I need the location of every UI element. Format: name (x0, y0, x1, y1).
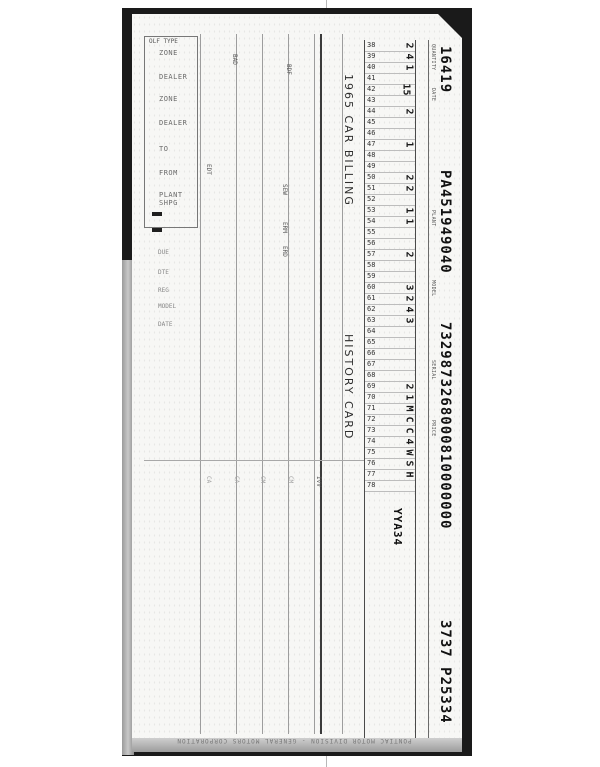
history-card: OLF TYPE ZONE DEALER ZONE DEALER TO FROM… (132, 14, 462, 752)
column-number: 49 (367, 162, 375, 170)
column-number: 44 (367, 107, 375, 115)
left-lower-label: DTE (158, 269, 169, 276)
left-label: TO (159, 145, 168, 153)
card-subtitle: HISTORY CARD (342, 334, 355, 440)
column-value: W (403, 449, 414, 455)
code-text: CA (205, 476, 212, 483)
column-number: 38 (367, 41, 375, 49)
column-number: 46 (367, 129, 375, 137)
code-text: CM (259, 476, 266, 483)
column-number: 48 (367, 151, 375, 159)
left-lower-label: MODEL (158, 303, 176, 310)
column-number: 68 (367, 371, 375, 379)
column-number: 65 (367, 338, 375, 346)
field-label: PLANT (430, 210, 436, 227)
column-number: 75 (367, 448, 375, 456)
column-value: 2 (403, 251, 414, 257)
column-number: 78 (367, 481, 375, 489)
column-number: 55 (367, 228, 375, 236)
column-value: 4 (403, 306, 414, 312)
grid-line-dark (320, 34, 322, 734)
code-text: ERM (281, 222, 288, 233)
column-value: H (403, 471, 414, 477)
code-text: CA (233, 476, 240, 483)
column-number: 73 (367, 426, 375, 434)
bottom-caption: PONTIAC MOTOR DIVISION - GENERAL MOTORS … (144, 737, 444, 744)
record-tail: 3737 P25334 (437, 620, 453, 724)
column-value: 4 (403, 53, 414, 59)
column-value: 2 (403, 42, 414, 48)
code-text: ERD (281, 246, 288, 257)
column-value: 2 (403, 295, 414, 301)
column-value: 1 (403, 394, 414, 400)
column-value: C (403, 427, 414, 433)
column-value: 3 (403, 284, 414, 290)
column-number: 56 (367, 239, 375, 247)
column-number: 53 (367, 206, 375, 214)
column-number: 42 (367, 85, 375, 93)
left-lower-label: DUE (158, 249, 169, 256)
code-text: BDF (285, 64, 292, 75)
lower-column-values: YYA34 (391, 508, 404, 546)
column-number: 40 (367, 63, 375, 71)
grid-line (200, 34, 201, 734)
record-continued: 7329873268000810000000 (437, 322, 453, 529)
column-number: 62 (367, 305, 375, 313)
column-value: 2 (403, 174, 414, 180)
left-label: ZONE (159, 49, 178, 57)
column-number: 77 (367, 470, 375, 478)
left-label: DEALER (159, 73, 187, 81)
column-value: 1 (403, 64, 414, 70)
column-number: 60 (367, 283, 375, 291)
code-text: IVV (315, 476, 322, 487)
column-number: 52 (367, 195, 375, 203)
record-number-strip: 16419 QUANTITY DATE PA451949040 PLANT MO… (428, 40, 459, 740)
column-value: 1 (403, 207, 414, 213)
column-number: 39 (367, 52, 375, 60)
column-number: 57 (367, 250, 375, 258)
column-number: 41 (367, 74, 375, 82)
code-text: EDT (205, 164, 212, 175)
column-number: 64 (367, 327, 375, 335)
column-value: 2 (403, 383, 414, 389)
grid-line (262, 34, 263, 734)
record-main: PA451949040 (437, 170, 453, 274)
column-value: 4 (403, 438, 414, 444)
left-label: DEALER (159, 119, 187, 127)
column-value: 15 (400, 83, 411, 95)
column-number: 76 (367, 459, 375, 467)
column-number: 61 (367, 294, 375, 302)
column-value: 2 (403, 185, 414, 191)
left-lower-label: REG (158, 287, 169, 294)
punch-mark (152, 228, 162, 232)
column-number: 69 (367, 382, 375, 390)
code-text: BAD (231, 54, 238, 65)
column-number: 74 (367, 437, 375, 445)
field-label: MODEL (430, 280, 436, 297)
left-lower-block: DUE DTE REG MODEL DATE (144, 229, 184, 559)
field-label: QUANTITY (430, 44, 436, 70)
code-text: SEW (281, 184, 288, 195)
column-number: 70 (367, 393, 375, 401)
column-number: 54 (367, 217, 375, 225)
column-number: 50 (367, 173, 375, 181)
left-lower-label: DATE (158, 321, 172, 328)
column-value: 1 (403, 218, 414, 224)
column-number: 63 (367, 316, 375, 324)
column-value: C (403, 416, 414, 422)
column-value: M (403, 405, 414, 411)
column-number: 58 (367, 261, 375, 269)
card-title: 1965 CAR BILLING (342, 74, 355, 207)
column-value: S (403, 460, 414, 466)
column-value: 2 (403, 108, 414, 114)
code-text: CM (287, 476, 294, 483)
card-number: 16419 (437, 46, 453, 93)
left-label-block: OLF TYPE ZONE DEALER ZONE DEALER TO FROM… (144, 36, 198, 228)
column-number: 51 (367, 184, 375, 192)
column-number: 59 (367, 272, 375, 280)
grid-line (314, 34, 315, 734)
left-label: ZONE (159, 95, 178, 103)
column-number: 66 (367, 349, 375, 357)
column-number-strip: 382 394 401 41 4215 43 442 45 46 471 48 … (364, 40, 416, 740)
punch-mark (152, 212, 162, 216)
column-value: 1 (403, 141, 414, 147)
column-number: 72 (367, 415, 375, 423)
card-cut-corner (438, 14, 462, 38)
left-header: OLF TYPE (149, 38, 178, 45)
column-value: 3 (403, 317, 414, 323)
column-number: 67 (367, 360, 375, 368)
grid-line (236, 34, 237, 734)
field-label: SERIAL (430, 360, 436, 380)
grid-line (288, 34, 289, 734)
column-number: 71 (367, 404, 375, 412)
column-number: 47 (367, 140, 375, 148)
left-label: PLANT SHPG (159, 191, 197, 207)
left-label: FROM (159, 169, 178, 177)
field-label: DATE (430, 88, 436, 101)
column-number: 43 (367, 96, 375, 104)
field-label: PRICE (430, 420, 436, 437)
column-number: 45 (367, 118, 375, 126)
